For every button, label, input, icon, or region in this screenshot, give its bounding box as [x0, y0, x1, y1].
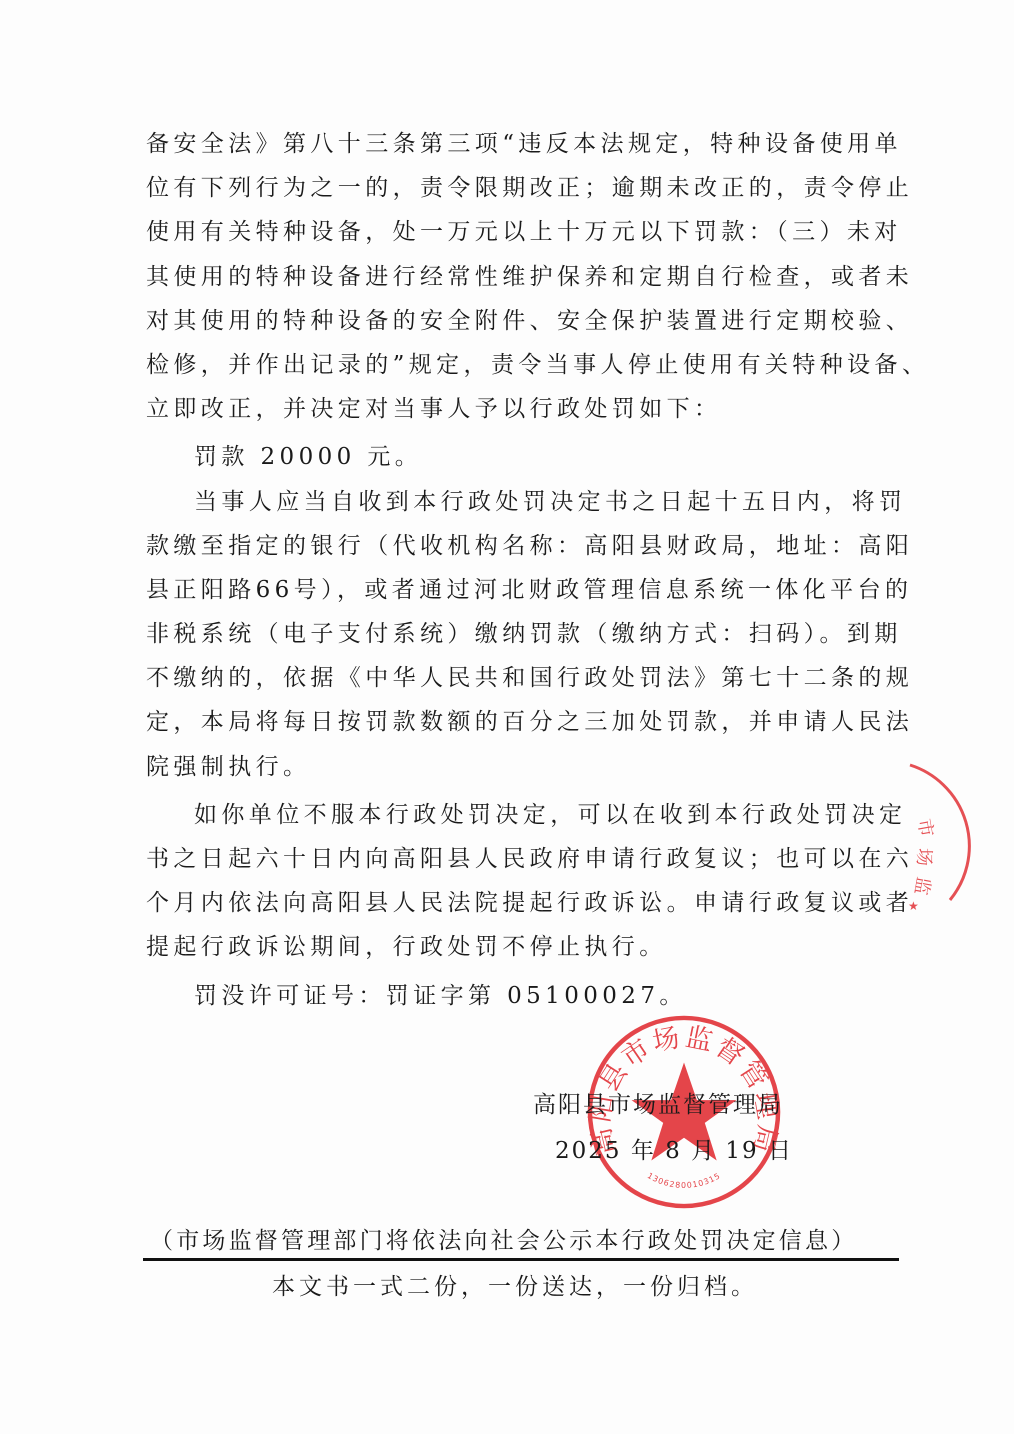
- svg-text:市: 市: [913, 817, 937, 838]
- issuer-signature: 高阳县市场监督管理局: [533, 1086, 783, 1119]
- body-line: 对其使用的特种设备的安全附件、安全保护装置进行定期校验、: [146, 299, 858, 343]
- svg-text:★: ★: [908, 899, 919, 913]
- public-disclosure-notice: （市场监督管理部门将依法向社会公示本行政处罚决定信息）: [150, 1222, 857, 1255]
- body-line: 定，本局将每日按罚款数额的百分之三加处罚款，并申请人民法: [146, 700, 858, 744]
- svg-text:1306280010315: 1306280010315: [646, 1171, 723, 1190]
- body-line: 位有下列行为之一的，责令限期改正；逾期未改正的，责令停止: [146, 166, 858, 210]
- body-line: 不缴纳的，依据《中华人民共和国行政处罚法》第七十二条的规: [146, 656, 858, 700]
- body-line: 县正阳路66号），或者通过河北财政管理信息系统一体化平台的: [146, 568, 858, 612]
- copies-note: 本文书一式二份，一份送达，一份归档。: [272, 1268, 758, 1301]
- document-page: 备安全法》第八十三条第三项“违反本法规定，特种设备使用单 位有下列行为之一的，责…: [0, 0, 1014, 1434]
- footer-divider: [143, 1258, 899, 1261]
- body-line: 备安全法》第八十三条第三项“违反本法规定，特种设备使用单: [146, 122, 858, 166]
- body-line: 个月内依法向高阳县人民法院提起行政诉讼。申请行政复议或者: [146, 881, 858, 925]
- svg-text:场: 场: [913, 848, 934, 866]
- svg-text:监: 监: [910, 875, 934, 896]
- body-line: 其使用的特种设备进行经常性维护保养和定期自行检查，或者未: [146, 255, 858, 299]
- body-line: 如你单位不服本行政处罚决定，可以在收到本行政处罚决定: [146, 793, 858, 837]
- body-line: 检修，并作出记录的”规定，责令当事人停止使用有关特种设备、: [146, 343, 858, 387]
- partial-seal-stamp: 市 场 监 ★: [880, 760, 980, 920]
- fine-amount-line: 罚款 20000 元。: [146, 435, 858, 479]
- body-line: 书之日起六十日内向高阳县人民政府申请行政复议；也可以在六: [146, 837, 858, 881]
- document-body: 备安全法》第八十三条第三项“违反本法规定，特种设备使用单 位有下列行为之一的，责…: [146, 122, 858, 1018]
- body-line: 院强制执行。: [146, 745, 858, 789]
- body-line: 提起行政诉讼期间，行政处罚不停止执行。: [146, 925, 858, 969]
- issue-date: 2025 年 8 月 19 日: [555, 1132, 793, 1165]
- permit-number-line: 罚没许可证号：罚证字第 05100027。: [146, 974, 858, 1018]
- body-line: 当事人应当自收到本行政处罚决定书之日起十五日内，将罚: [146, 480, 858, 524]
- body-line: 非税系统（电子支付系统）缴纳罚款（缴纳方式：扫码）。到期: [146, 612, 858, 656]
- body-line: 立即改正，并决定对当事人予以行政处罚如下：: [146, 387, 858, 431]
- body-line: 款缴至指定的银行（代收机构名称：高阳县财政局，地址：高阳: [146, 524, 858, 568]
- body-line: 使用有关特种设备，处一万元以上十万元以下罚款：（三）未对: [146, 210, 858, 254]
